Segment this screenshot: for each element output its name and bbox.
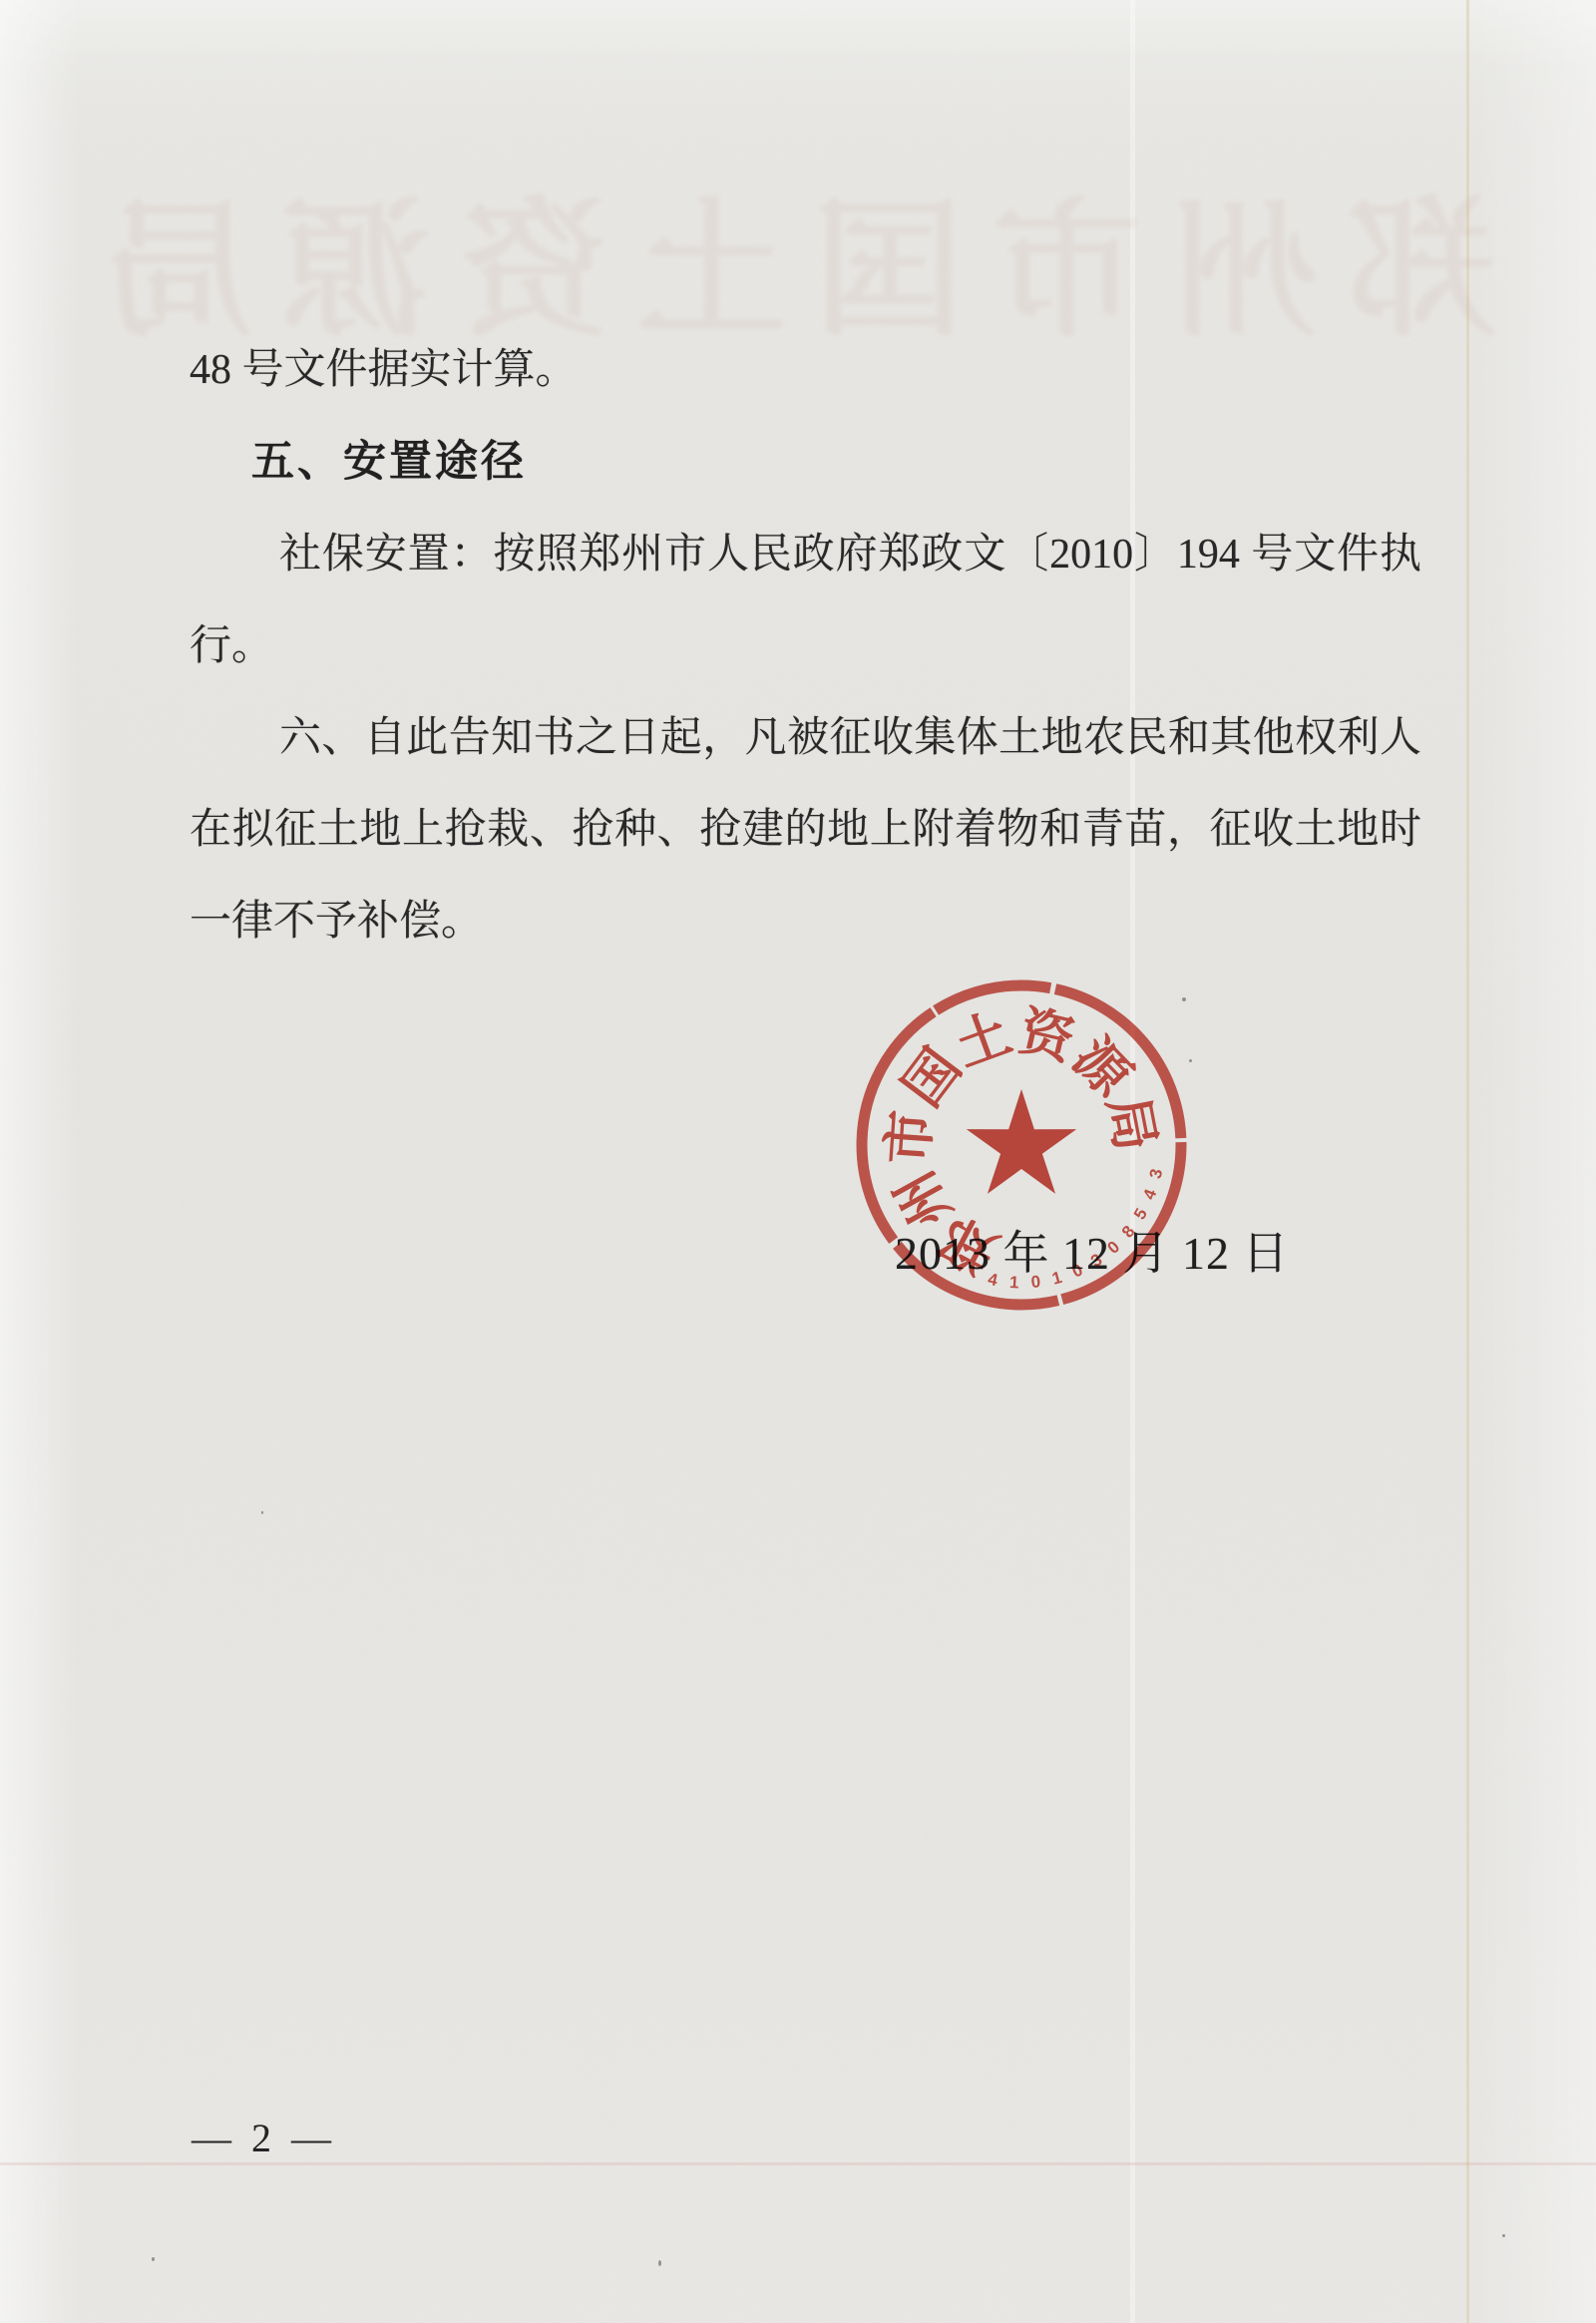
body-line: 行。 bbox=[190, 619, 273, 673]
seal-star-icon bbox=[967, 1089, 1076, 1194]
body-line: 一律不予补偿。 bbox=[190, 895, 483, 949]
svg-text:0: 0 bbox=[1030, 1272, 1041, 1292]
scanner-streak-horizontal bbox=[0, 2162, 1596, 2165]
dust-speck bbox=[1502, 2234, 1505, 2237]
bleed-through-watermark: 郑州市国土资源局 bbox=[110, 150, 1496, 365]
body-line: 在拟征土地上抢栽、抢种、抢建的地上附着物和青苗，征收土地时 bbox=[190, 803, 1421, 857]
dust-speck bbox=[1189, 1059, 1192, 1062]
svg-text:1: 1 bbox=[1009, 1273, 1019, 1292]
svg-text:0: 0 bbox=[1069, 1260, 1085, 1281]
svg-text:8: 8 bbox=[1118, 1222, 1139, 1241]
svg-text:局: 局 bbox=[1096, 1091, 1165, 1155]
svg-text:3: 3 bbox=[1146, 1167, 1167, 1180]
svg-text:4: 4 bbox=[1139, 1186, 1160, 1202]
svg-text:市: 市 bbox=[878, 1108, 942, 1166]
dust-speck bbox=[261, 1511, 263, 1514]
svg-text:0: 0 bbox=[1103, 1237, 1123, 1257]
page-number: — 2 — bbox=[192, 2115, 336, 2161]
section-heading: 五、安置途径 bbox=[251, 435, 527, 489]
dust-speck bbox=[152, 2257, 155, 2261]
scan-edge-highlight-top bbox=[0, 0, 1596, 70]
svg-text:5: 5 bbox=[1130, 1205, 1151, 1223]
official-seal: 郑州市国土资源局 41010308543 bbox=[847, 970, 1196, 1320]
document-page: 郑州市国土资源局 48 号文件据实计算。 五、安置途径 社保安置：按照郑州市人民… bbox=[0, 0, 1596, 2323]
svg-text:3: 3 bbox=[1087, 1250, 1105, 1271]
dust-speck bbox=[658, 2260, 661, 2266]
body-line-continuation: 48 号文件据实计算。 bbox=[190, 343, 578, 397]
dust-speck bbox=[1182, 997, 1186, 1001]
body-line: 社保安置：按照郑州市人民政府郑政文〔2010〕194 号文件执 bbox=[279, 528, 1421, 581]
body-line: 六、自此告知书之日起，凡被征收集体土地农民和其他权利人 bbox=[279, 711, 1421, 765]
seal-serial-arc-text: 41010308543 bbox=[987, 1167, 1167, 1292]
svg-text:1: 1 bbox=[1050, 1268, 1064, 1289]
svg-text:4: 4 bbox=[987, 1270, 1000, 1291]
scan-edge-highlight-left bbox=[0, 0, 80, 2323]
